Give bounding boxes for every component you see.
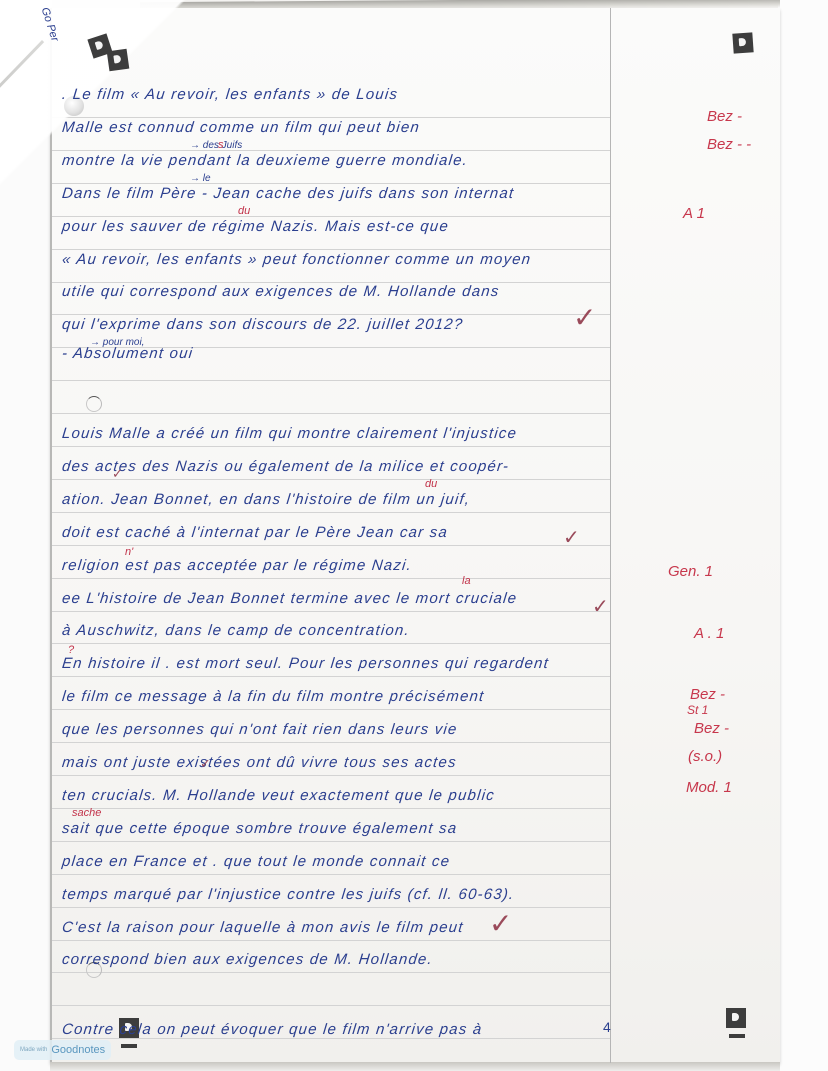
- handwritten-line: place en France et . que tout le monde c…: [61, 852, 608, 872]
- rule-line: [52, 512, 610, 513]
- handwritten-line: Malle est connud comme un film qui peut …: [61, 118, 608, 138]
- handwritten-line: temps marqué par l'injustice contre les …: [61, 885, 608, 905]
- rule-line: [52, 676, 610, 677]
- margin-grade-note: St 1: [687, 703, 708, 717]
- handwritten-line: Louis Malle a créé un film qui montre cl…: [61, 424, 608, 444]
- watermark-brand: Goodnotes: [51, 1044, 105, 1056]
- page-number: 4: [603, 1019, 611, 1035]
- handwritten-line: ee L'histoire de Jean Bonnet termine ave…: [61, 589, 608, 609]
- correction-note: du: [238, 205, 250, 217]
- handwritten-line: à Auschwitz, dans le camp de concentrati…: [61, 621, 608, 641]
- check-mark-icon: ✓: [573, 308, 596, 328]
- rule-line: [52, 643, 610, 644]
- correction-note: n': [125, 546, 133, 558]
- handwritten-line: Dans le film Père - Jean cache des juifs…: [61, 184, 608, 204]
- rule-line: [52, 1005, 610, 1006]
- tracking-marker-bottom-left-bar: [121, 1044, 137, 1048]
- handwritten-line: sait que cette époque sombre trouve égal…: [61, 819, 608, 839]
- handwritten-line: pour les sauver de régime Nazis. Mais es…: [61, 217, 608, 237]
- handwritten-line: ation. Jean Bonnet, en dans l'histoire d…: [61, 490, 608, 510]
- check-mark-icon: ✓: [112, 465, 123, 485]
- rule-line: [52, 578, 610, 579]
- handwritten-line: En histoire il . est mort seul. Pour les…: [61, 654, 608, 674]
- handwritten-line: C'est la raison pour laquelle à mon avis…: [61, 918, 608, 938]
- rule-line: [52, 775, 610, 776]
- margin-grade-note: Mod. 1: [686, 779, 732, 796]
- margin-grade-note: Bez - -: [707, 136, 751, 153]
- margin-grade-note: Gen. 1: [668, 563, 713, 580]
- punch-hole-icon: [86, 396, 102, 412]
- page-bottom-shadow: [50, 1062, 780, 1071]
- margin-grade-note: A . 1: [694, 625, 724, 642]
- watermark-prefix: Made with: [20, 1047, 47, 1053]
- tracking-marker-bottom-right-bar: [729, 1034, 745, 1038]
- insertion-note: → des Juifs: [190, 140, 242, 151]
- rule-line: [52, 808, 610, 809]
- background-right: [778, 0, 828, 1071]
- handwritten-line: montre la vie pendant la deuxieme guerre…: [61, 151, 608, 171]
- check-mark-icon: ✓: [489, 914, 512, 934]
- handwritten-line: ten crucials. M. Hollande veut exactemen…: [61, 786, 608, 806]
- rule-line: [52, 742, 610, 743]
- rule-line: [52, 611, 610, 612]
- tracking-marker-top-right-icon: [732, 32, 753, 53]
- goodnotes-watermark: Made with Goodnotes: [14, 1040, 111, 1060]
- handwritten-line: correspond bien aux exigences de M. Holl…: [61, 950, 608, 970]
- handwritten-line: . Le film « Au revoir, les enfants » de …: [61, 85, 608, 105]
- handwritten-line: des actes des Nazis ou également de la m…: [61, 457, 608, 477]
- rule-line: [52, 380, 610, 381]
- check-mark-icon: ✓: [592, 596, 609, 616]
- rule-line: [52, 940, 610, 941]
- margin-grade-note: Bez -: [694, 720, 729, 737]
- tracking-marker-top-left-2-icon: [107, 49, 130, 72]
- rule-line: [52, 972, 610, 973]
- handwritten-line: utile qui correspond aux exigences de M.…: [61, 282, 608, 302]
- check-mark-icon: ✓: [200, 755, 211, 775]
- tracking-marker-bottom-right-icon: [726, 1008, 746, 1028]
- insertion-note: → pour moi,: [90, 337, 144, 348]
- margin-grade-note: A 1: [683, 205, 705, 222]
- rule-line: [52, 709, 610, 710]
- handwritten-line: Contre cela on peut évoquer que le film …: [61, 1020, 608, 1040]
- handwritten-line: que les personnes qui n'ont fait rien da…: [61, 720, 608, 740]
- handwritten-line: religion est pas acceptée par le régime …: [61, 556, 608, 576]
- margin-grade-note: Bez -: [690, 686, 725, 703]
- rule-line: [52, 545, 610, 546]
- handwritten-line: doit est caché à l'internat par le Père …: [61, 523, 608, 543]
- rule-line: [52, 841, 610, 842]
- rule-line: [52, 413, 610, 414]
- correction-note: la: [462, 575, 471, 587]
- correction-note: du: [425, 478, 437, 490]
- margin-grade-note: (s.o.): [688, 748, 722, 765]
- margin-line: [610, 8, 611, 1063]
- handwritten-line: mais ont juste existées ont dû vivre tou…: [61, 753, 608, 773]
- insertion-note: → le: [190, 173, 211, 184]
- rule-line: [52, 907, 610, 908]
- handwritten-line: « Au revoir, les enfants » peut fonction…: [61, 250, 608, 270]
- correction-note: s: [218, 139, 224, 151]
- check-mark-icon: ✓: [563, 527, 580, 547]
- rule-line: [52, 479, 610, 480]
- rule-line: [52, 446, 610, 447]
- correction-note: ?: [68, 644, 74, 656]
- handwritten-line: qui l'exprime dans son discours de 22. j…: [61, 315, 608, 335]
- handwritten-line: le film ce message à la fin du film mont…: [61, 687, 608, 707]
- margin-grade-note: Bez -: [707, 108, 742, 125]
- correction-note: sache: [72, 807, 101, 819]
- rule-line: [52, 874, 610, 875]
